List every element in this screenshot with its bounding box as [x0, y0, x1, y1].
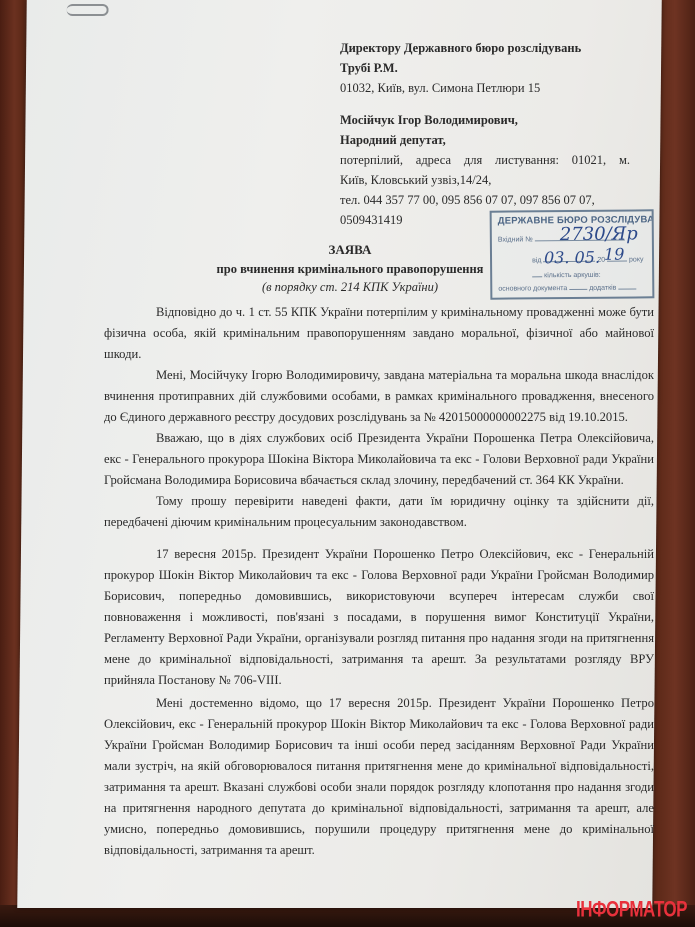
sender-position: Народний депутат,	[340, 130, 630, 150]
stamp-main-doc-label: основного документа	[498, 285, 567, 293]
document-subheading: про вчинення кримінального правопорушенн…	[200, 260, 500, 278]
sender-phones-line1: тел. 044 357 77 00, 095 856 07 07, 097 8…	[340, 190, 630, 210]
document-note: (в порядку ст. 214 КПК України)	[200, 278, 500, 296]
desk-surface-right	[655, 0, 695, 927]
body-section-1: Відповідно до ч. 1 ст. 55 КПК України по…	[104, 302, 654, 533]
stamp-year-value: 19	[604, 245, 625, 264]
paragraph-events: 17 вересня 2015р. Президент України Поро…	[104, 544, 654, 691]
paragraph-victim-definition: Відповідно до ч. 1 ст. 55 КПК України по…	[104, 302, 654, 365]
stamp-year-suffix: року	[629, 256, 643, 263]
paragraph-crime-elements: Вважаю, що в діях службових осіб Президе…	[104, 428, 654, 491]
sender-name: Мосійчук Ігор Володимирович,	[340, 110, 630, 130]
stamp-count-row: кількість аркушів:	[532, 272, 601, 280]
paragraph-meeting: Мені достеменно відомо, що 17 вересня 20…	[104, 693, 654, 861]
document-title-block: ЗАЯВА про вчинення кримінального правопо…	[200, 240, 500, 296]
stamp-doc-row: основного документа додатків	[498, 284, 636, 292]
stamp-date-value: 03. 05.	[544, 248, 600, 267]
addressee-block: Директору Державного бюро розслідувань Т…	[340, 38, 640, 98]
paragraph-request: Тому прошу перевірити наведені факти, да…	[104, 491, 654, 533]
body-section-2: 17 вересня 2015р. Президент України Поро…	[104, 544, 654, 691]
paragraph-damage: Мені, Мосійчуку Ігорю Володимировичу, за…	[104, 365, 654, 428]
stamp-date-prefix: від	[532, 257, 541, 264]
addressee-title: Директору Державного бюро розслідувань	[340, 38, 640, 58]
addressee-address: 01032, Київ, вул. Симона Петлюри 15	[340, 78, 640, 98]
watermark-logo: ІНФОРМАТОР	[576, 897, 687, 923]
stamp-incoming-label: Вхідний №	[498, 236, 533, 243]
body-section-3: Мені достеменно відомо, що 17 вересня 20…	[104, 693, 654, 861]
stamp-count-label: кількість аркушів:	[544, 272, 601, 279]
sender-address-line1: потерпілий, адреса для листування: 01021…	[340, 150, 630, 170]
paper-clip-icon	[67, 4, 109, 16]
sender-address-line2: Київ, Кловський узвіз,14/24,	[340, 170, 630, 190]
document-heading: ЗАЯВА	[200, 240, 500, 260]
addressee-name: Трубі Р.М.	[340, 58, 640, 78]
stamp-attachments-label: додатків	[589, 285, 616, 292]
stamp-incoming-number: 2730/Яр	[560, 223, 638, 245]
registration-stamp: ДЕРЖАВНЕ БЮРО РОЗСЛІДУВАН... Вхідний № 2…	[490, 209, 655, 299]
